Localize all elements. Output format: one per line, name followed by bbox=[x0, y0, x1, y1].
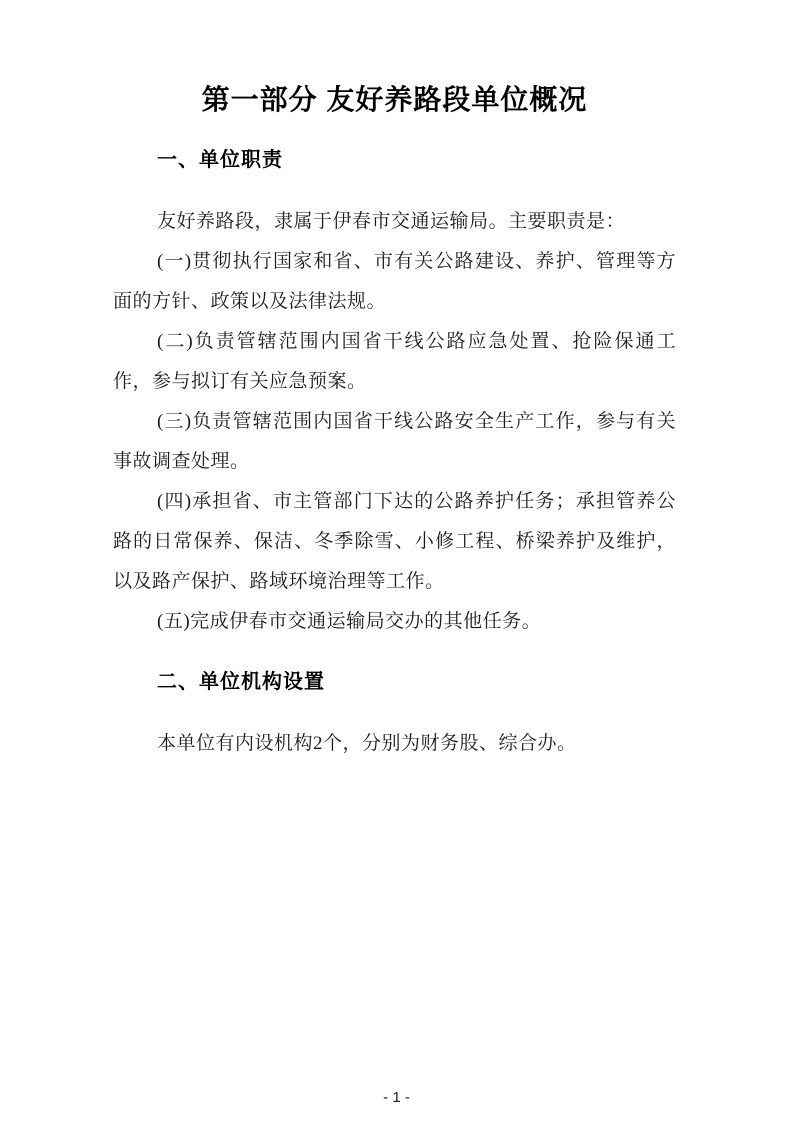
section-heading-unit-structure: 二、单位机构设置 bbox=[157, 668, 676, 696]
paragraph-intro: 友好养路段，隶属于伊春市交通运输局。主要职责是： bbox=[113, 202, 676, 242]
paragraph-duty-1: (一)贯彻执行国家和省、市有关公路建设、养护、管理等方面的方针、政策以及法律法规… bbox=[113, 242, 676, 322]
paragraph-duty-5: (五)完成伊春市交通运输局交办的其他任务。 bbox=[113, 602, 676, 642]
document-page: 第一部分 友好养路段单位概况 一、单位职责 友好养路段，隶属于伊春市交通运输局。… bbox=[0, 0, 793, 1122]
paragraph-structure: 本单位有内设机构2个，分别为财务股、综合办。 bbox=[113, 724, 676, 764]
document-title: 第一部分 友好养路段单位概况 bbox=[113, 80, 676, 120]
paragraph-duty-2: (二)负责管辖范围内国省干线公路应急处置、抢险保通工作，参与拟订有关应急预案。 bbox=[113, 322, 676, 402]
page-number: - 1 - bbox=[0, 1089, 793, 1106]
section-heading-unit-duties: 一、单位职责 bbox=[157, 146, 676, 174]
paragraph-duty-4: (四)承担省、市主管部门下达的公路养护任务；承担管养公路的日常保养、保洁、冬季除… bbox=[113, 482, 676, 602]
paragraph-duty-3: (三)负责管辖范围内国省干线公路安全生产工作，参与有关事故调查处理。 bbox=[113, 402, 676, 482]
